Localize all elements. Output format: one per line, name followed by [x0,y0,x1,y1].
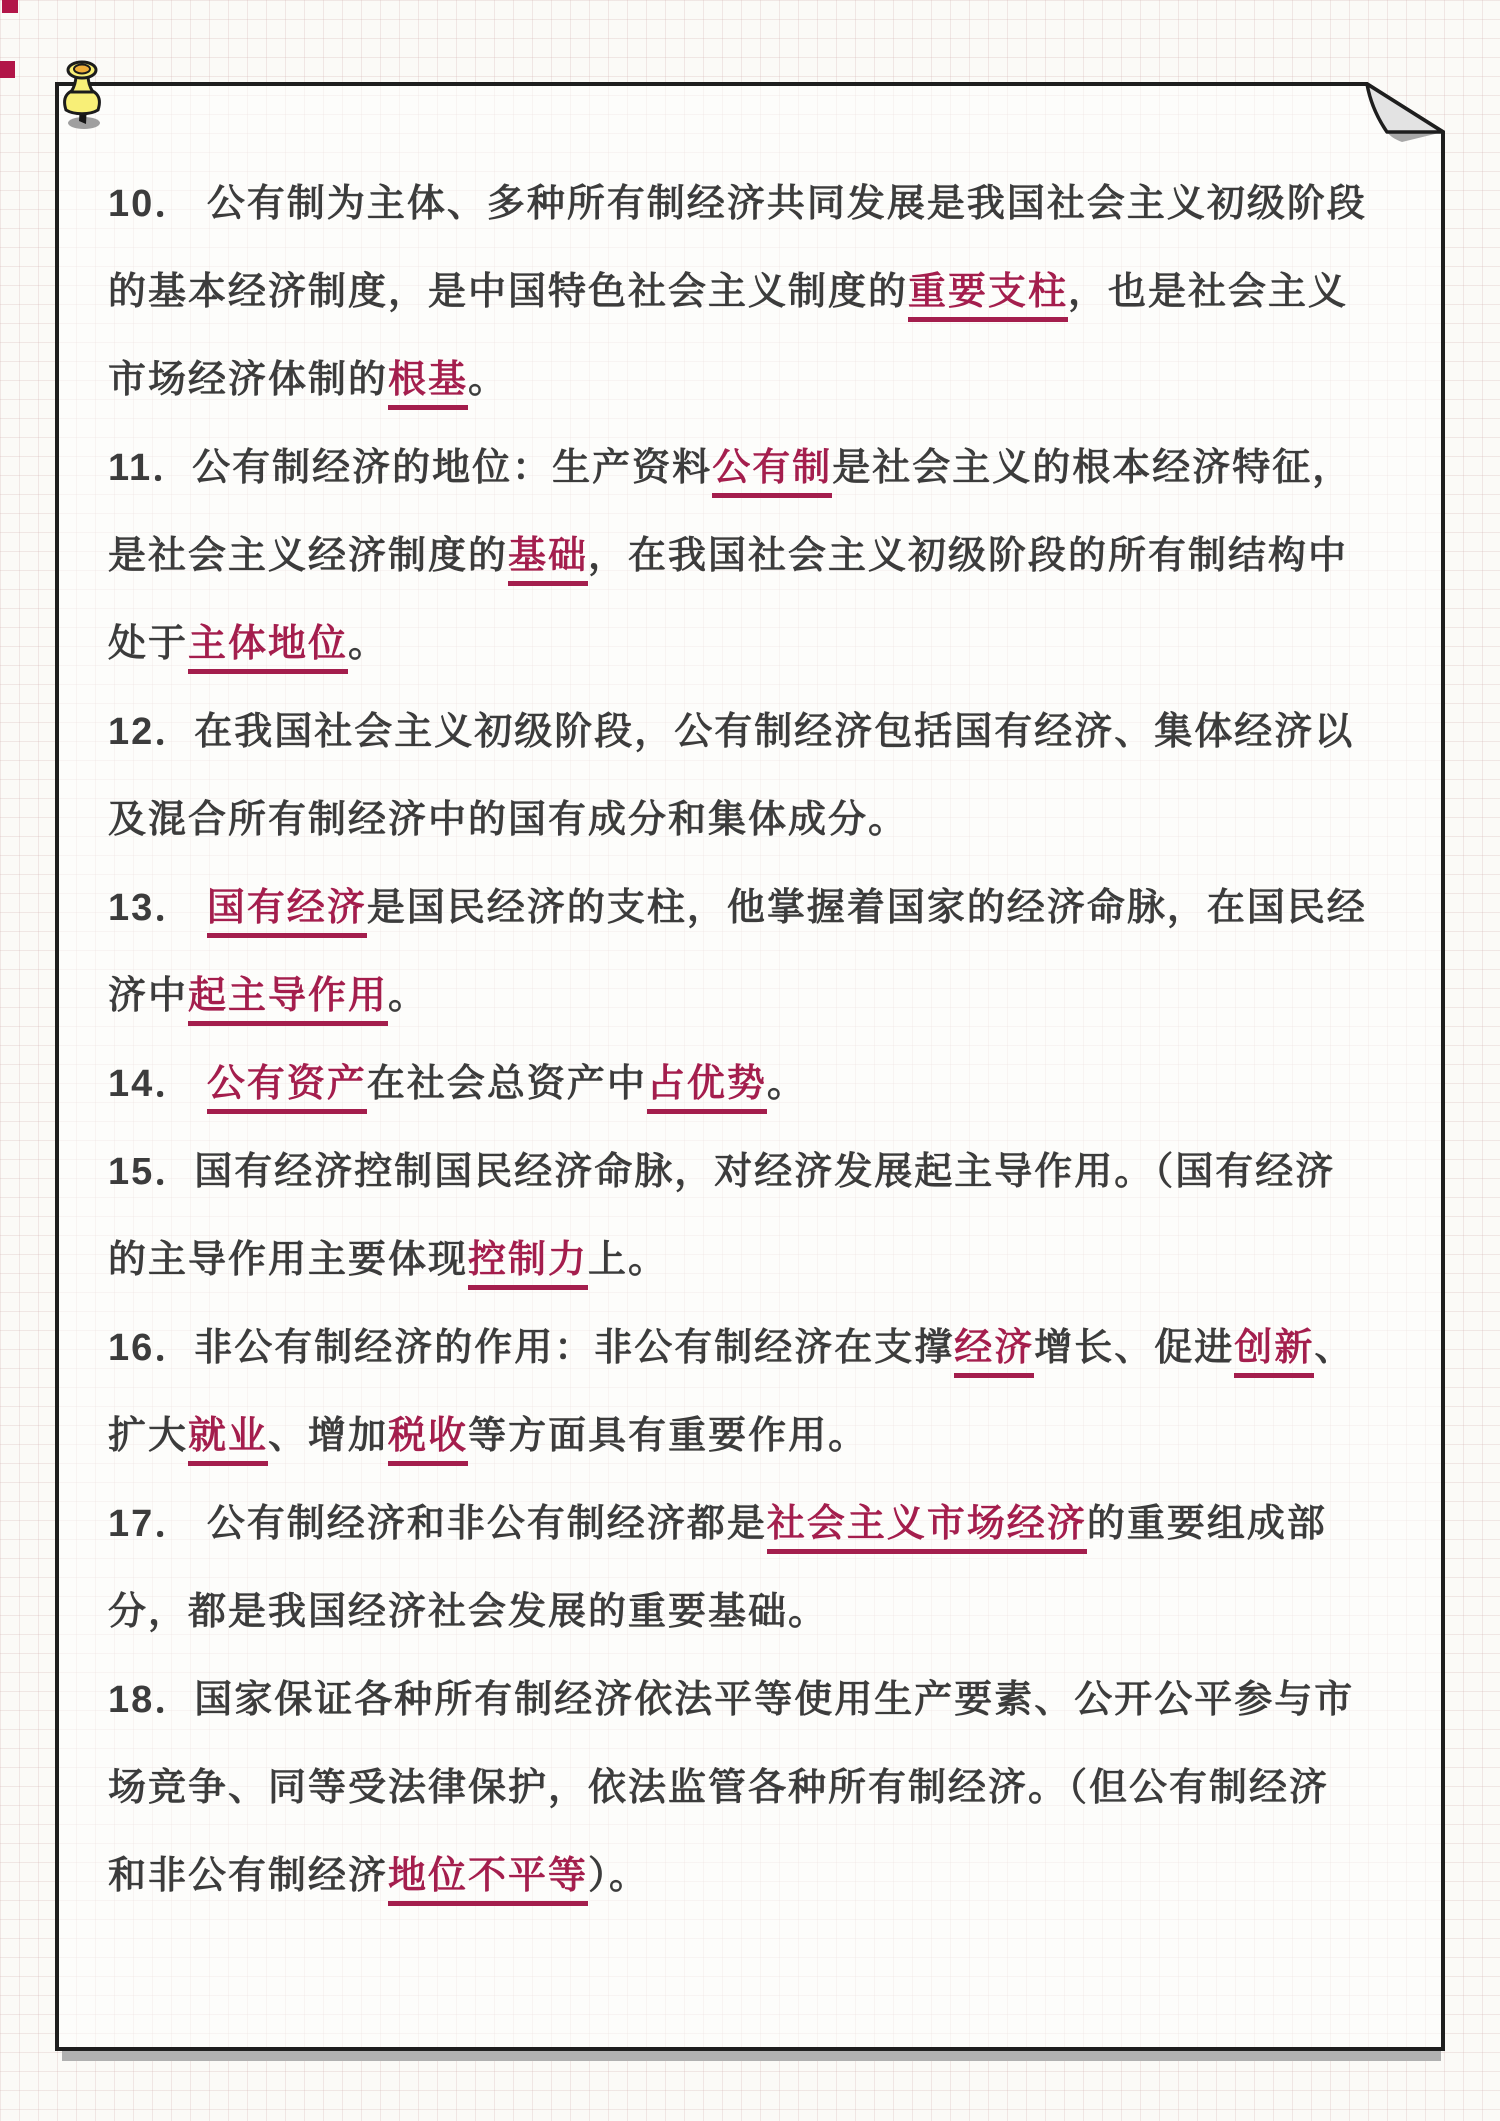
note-text: 13． [108,887,207,929]
note-line: 和非公有制经济地位不平等）。 [108,1832,1368,1920]
note-text: 。 [348,623,388,665]
paper-bottom-shadow [62,2051,1441,2061]
note-item-11: 11．公有制经济的地位：生产资料公有制是社会主义的根本经济特征，是社会主义经济制… [108,424,1368,688]
highlighted-term: 创新 [1234,1327,1314,1378]
note-text: 场竞争、同等受法律保护，依法监管各种所有制经济。（但公有制经济 [108,1767,1329,1809]
note-text: 扩大 [108,1415,188,1457]
note-line: 及混合所有制经济中的国有成分和集体成分。 [108,776,1368,864]
highlighted-term: 公有资产 [207,1063,367,1114]
note-item-10: 10． 公有制为主体、多种所有制经济共同发展是我国社会主义初级阶段的基本经济制度… [108,160,1368,424]
note-text: ，也是社会主义 [1068,271,1348,313]
note-text: 12．在我国社会主义初级阶段，公有制经济包括国有经济、集体经济以 [108,711,1354,753]
highlighted-term: 国有经济 [207,887,367,938]
note-line: 的基本经济制度，是中国特色社会主义制度的重要支柱，也是社会主义 [108,248,1368,336]
note-text: 增长、促进 [1034,1327,1234,1369]
note-text: 、增加 [268,1415,388,1457]
note-item-15: 15．国有经济控制国民经济命脉，对经济发展起主导作用。（国有经济的主导作用主要体… [108,1128,1368,1304]
red-corner-marks [0,0,18,78]
note-line: 市场经济体制的根基。 [108,336,1368,424]
note-text: 18．国家保证各种所有制经济依法平等使用生产要素、公开公平参与市 [108,1679,1354,1721]
note-line: 的主导作用主要体现控制力上。 [108,1216,1368,1304]
highlighted-term: 控制力 [468,1239,588,1290]
note-line: 处于主体地位。 [108,600,1368,688]
highlighted-term: 主体地位 [188,623,348,674]
highlighted-term: 税收 [388,1415,468,1466]
note-line: 14． 公有资产在社会总资产中占优势。 [108,1040,1368,1128]
note-text: 在社会总资产中 [367,1063,647,1105]
note-text: 的主导作用主要体现 [108,1239,468,1281]
note-line: 17． 公有制经济和非公有制经济都是社会主义市场经济的重要组成部 [108,1480,1368,1568]
note-text: 11．公有制经济的地位：生产资料 [108,447,712,489]
note-text: 10． 公有制为主体、多种所有制经济共同发展是我国社会主义初级阶段 [108,183,1367,225]
note-line: 是社会主义经济制度的基础，在我国社会主义初级阶段的所有制结构中 [108,512,1368,600]
highlighted-term: 占优势 [647,1063,767,1114]
note-text: 分，都是我国经济社会发展的重要基础。 [108,1591,828,1633]
note-text: 14． [108,1063,207,1105]
note-line: 13． 国有经济是国民经济的支柱，他掌握着国家的经济命脉，在国民经 [108,864,1368,952]
note-text: 是国民经济的支柱，他掌握着国家的经济命脉，在国民经 [367,887,1367,929]
highlighted-term: 公有制 [712,447,832,498]
note-line: 济中起主导作用。 [108,952,1368,1040]
highlighted-term: 地位不平等 [388,1855,588,1906]
note-item-12: 12．在我国社会主义初级阶段，公有制经济包括国有经济、集体经济以及混合所有制经济… [108,688,1368,864]
note-line: 18．国家保证各种所有制经济依法平等使用生产要素、公开公平参与市 [108,1656,1368,1744]
note-text: 等方面具有重要作用。 [468,1415,868,1457]
highlighted-term: 经济 [954,1327,1034,1378]
note-line: 扩大就业、增加税收等方面具有重要作用。 [108,1392,1368,1480]
note-text: ，在我国社会主义初级阶段的所有制结构中 [588,535,1348,577]
note-text: 处于 [108,623,188,665]
note-text: 上。 [588,1239,668,1281]
note-text: 是社会主义的根本经济特征， [832,447,1352,489]
note-line: 场竞争、同等受法律保护，依法监管各种所有制经济。（但公有制经济 [108,1744,1368,1832]
note-text: 是社会主义经济制度的 [108,535,508,577]
note-text: 17． 公有制经济和非公有制经济都是 [108,1503,767,1545]
highlighted-term: 基础 [508,535,588,586]
note-text: 16．非公有制经济的作用：非公有制经济在支撑 [108,1327,954,1369]
note-line: 10． 公有制为主体、多种所有制经济共同发展是我国社会主义初级阶段 [108,160,1368,248]
note-item-17: 17． 公有制经济和非公有制经济都是社会主义市场经济的重要组成部分，都是我国经济… [108,1480,1368,1656]
note-text: 。 [767,1063,807,1105]
note-line: 15．国有经济控制国民经济命脉，对经济发展起主导作用。（国有经济 [108,1128,1368,1216]
highlighted-term: 起主导作用 [188,975,388,1026]
highlighted-term: 社会主义市场经济 [767,1503,1087,1554]
highlighted-term: 根基 [388,359,468,410]
note-text: 、 [1314,1327,1354,1369]
note-text: 的重要组成部 [1087,1503,1327,1545]
note-text: 市场经济体制的 [108,359,388,401]
note-line: 分，都是我国经济社会发展的重要基础。 [108,1568,1368,1656]
note-text: 及混合所有制经济中的国有成分和集体成分。 [108,799,908,841]
note-item-13: 13． 国有经济是国民经济的支柱，他掌握着国家的经济命脉，在国民经济中起主导作用… [108,864,1368,1040]
note-item-16: 16．非公有制经济的作用：非公有制经济在支撑经济增长、促进创新、扩大就业、增加税… [108,1304,1368,1480]
highlighted-term: 重要支柱 [908,271,1068,322]
note-text: ）。 [588,1855,649,1897]
note-text: 。 [388,975,428,1017]
note-line: 16．非公有制经济的作用：非公有制经济在支撑经济增长、促进创新、 [108,1304,1368,1392]
note-item-14: 14． 公有资产在社会总资产中占优势。 [108,1040,1368,1128]
note-text: 15．国有经济控制国民经济命脉，对经济发展起主导作用。（国有经济 [108,1151,1335,1193]
note-item-18: 18．国家保证各种所有制经济依法平等使用生产要素、公开公平参与市场竞争、同等受法… [108,1656,1368,1920]
note-text: 的基本经济制度，是中国特色社会主义制度的 [108,271,908,313]
note-text: 。 [468,359,508,401]
note-text: 济中 [108,975,188,1017]
highlighted-term: 就业 [188,1415,268,1466]
note-line: 11．公有制经济的地位：生产资料公有制是社会主义的根本经济特征， [108,424,1368,512]
note-text: 和非公有制经济 [108,1855,388,1897]
note-line: 12．在我国社会主义初级阶段，公有制经济包括国有经济、集体经济以 [108,688,1368,776]
notes-list: 10． 公有制为主体、多种所有制经济共同发展是我国社会主义初级阶段的基本经济制度… [108,160,1368,1920]
